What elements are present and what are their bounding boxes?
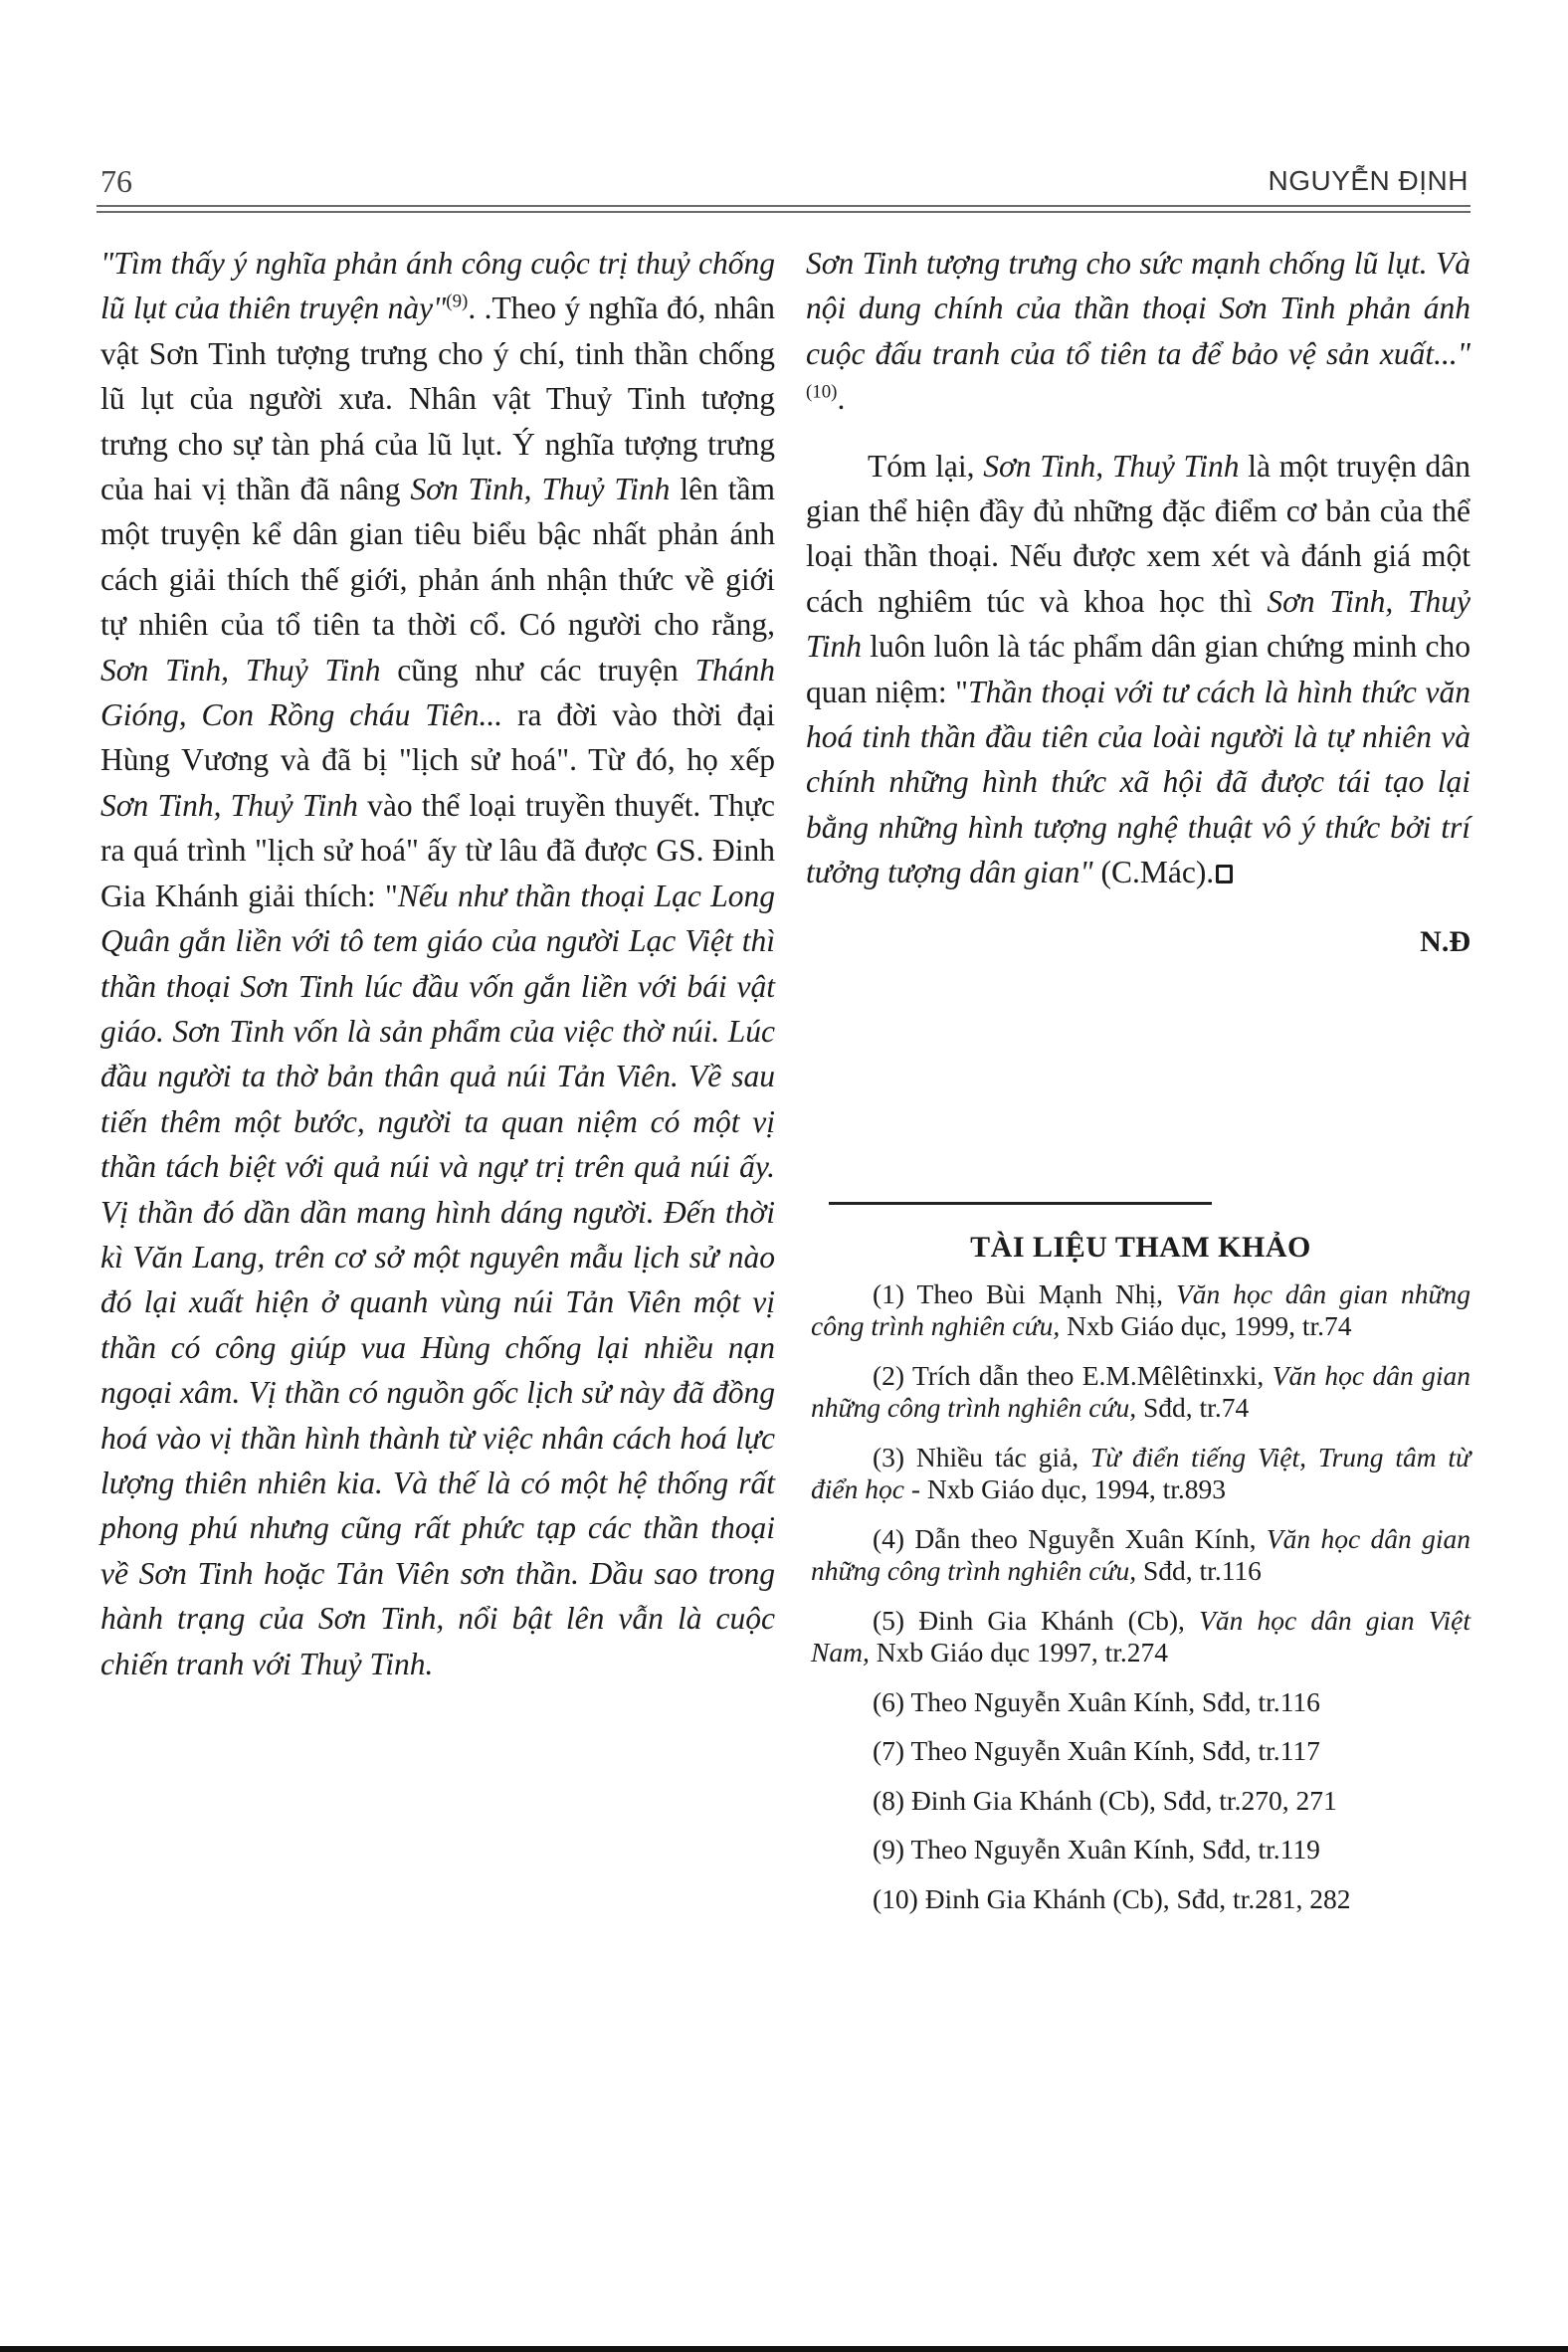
text-run: (8) Đinh Gia Khánh (Cb), Sđd, tr.270, 27… — [873, 1785, 1337, 1816]
italic-text: Sơn Tinh, Thuỷ Tinh — [100, 788, 358, 823]
reference-item: (4) Dẫn theo Nguyễn Xuân Kính, Văn học d… — [811, 1523, 1470, 1588]
page-number: 76 — [100, 163, 132, 200]
text-run: (6) Theo Nguyễn Xuân Kính, Sđd, tr.116 — [873, 1686, 1320, 1717]
reference-item: (3) Nhiều tác giả, Từ điển tiếng Việt, T… — [811, 1442, 1470, 1506]
text-run: Nxb Giáo dục, 1999, tr.74 — [1060, 1310, 1351, 1341]
text-run: cũng như các truyện — [381, 653, 695, 687]
text-run: (5) Đinh Gia Khánh (Cb), — [873, 1605, 1199, 1636]
references-title: TÀI LIỆU THAM KHẢO — [811, 1232, 1470, 1265]
paragraph-gap — [806, 422, 1470, 444]
text-run: Sđd, tr.74 — [1136, 1392, 1249, 1423]
text-run: (1) Theo Bùi Mạnh Nhị, — [873, 1278, 1176, 1309]
text-run: (3) Nhiều tác giả, — [873, 1442, 1090, 1472]
reference-item: (5) Đinh Gia Khánh (Cb), Văn học dân gia… — [811, 1605, 1470, 1669]
reference-item: (8) Đinh Gia Khánh (Cb), Sđd, tr.270, 27… — [811, 1785, 1470, 1818]
text-run: (7) Theo Nguyễn Xuân Kính, Sđd, tr.117 — [873, 1735, 1320, 1766]
italic-text: Sơn Tinh, Thuỷ Tinh — [410, 472, 670, 506]
references-list: (1) Theo Bùi Mạnh Nhị, Văn học dân gian … — [811, 1278, 1470, 1916]
text-run: (2) Trích dẫn theo E.M.Mêlêtinxki, — [873, 1360, 1273, 1391]
reference-item: (6) Theo Nguyễn Xuân Kính, Sđd, tr.116 — [811, 1686, 1470, 1719]
footnote-marker: (10) — [806, 382, 837, 403]
text-run: (C.Mác). — [1093, 855, 1215, 889]
references-section: TÀI LIỆU THAM KHẢO (1) Theo Bùi Mạnh Nhị… — [811, 1232, 1470, 1932]
conclusion-paragraph: Tóm lại, Sơn Tinh, Thuỷ Tinh là một truy… — [806, 444, 1470, 895]
body-paragraph-continued: "Tìm thấy ý nghĩa phản ánh công cuộc trị… — [100, 241, 775, 1686]
header-double-rule — [97, 205, 1470, 213]
reference-item: (7) Theo Nguyễn Xuân Kính, Sđd, tr.117 — [811, 1735, 1470, 1768]
text-run: (4) Dẫn theo Nguyễn Xuân Kính, — [873, 1523, 1267, 1554]
text-run: - Nxb Giáo dục, 1994, tr.893 — [904, 1473, 1226, 1504]
text-run: Nxb Giáo dục 1997, tr.274 — [870, 1637, 1168, 1667]
reference-item: (1) Theo Bùi Mạnh Nhị, Văn học dân gian … — [811, 1278, 1470, 1343]
reference-item: (9) Theo Nguyễn Xuân Kính, Sđd, tr.119 — [811, 1834, 1470, 1866]
text-run: (10) Đinh Gia Khánh (Cb), Sđd, tr.281, 2… — [873, 1883, 1350, 1914]
italic-text: Sơn Tinh, Thuỷ Tinh — [100, 653, 381, 687]
text-run: . — [837, 381, 845, 416]
text-run: Sđd, tr.116 — [1136, 1555, 1262, 1586]
left-column: "Tìm thấy ý nghĩa phản ánh công cuộc trị… — [100, 241, 775, 1686]
footnote-marker: (9) — [446, 292, 468, 312]
conclusion-text: Tóm lại, Sơn Tinh, Thuỷ Tinh là một truy… — [806, 449, 1470, 890]
references-separator-rule — [829, 1202, 1212, 1205]
end-of-article-box-icon — [1216, 865, 1233, 883]
running-head-author: NGUYỄN ĐỊNH — [1268, 165, 1469, 197]
text-run: (9) Theo Nguyễn Xuân Kính, Sđd, tr.119 — [873, 1834, 1320, 1864]
quote-continuation: Sơn Tinh tượng trưng cho sức mạnh chống … — [806, 241, 1470, 422]
scan-bottom-edge — [0, 2346, 1568, 2352]
text-run: Tóm lại, — [868, 449, 983, 484]
italic-text: Sơn Tinh tượng trưng cho sức mạnh chống … — [806, 246, 1470, 371]
right-column: Sơn Tinh tượng trưng cho sức mạnh chống … — [806, 241, 1470, 964]
reference-item: (2) Trích dẫn theo E.M.Mêlêtinxki, Văn h… — [811, 1360, 1470, 1425]
author-initials: N.Đ — [806, 919, 1470, 964]
reference-item: (10) Đinh Gia Khánh (Cb), Sđd, tr.281, 2… — [811, 1883, 1470, 1916]
italic-text: Sơn Tinh, Thuỷ Tinh — [983, 449, 1239, 484]
italic-text: Nếu như thần thoại Lạc Long Quân gắn liề… — [100, 879, 775, 1681]
